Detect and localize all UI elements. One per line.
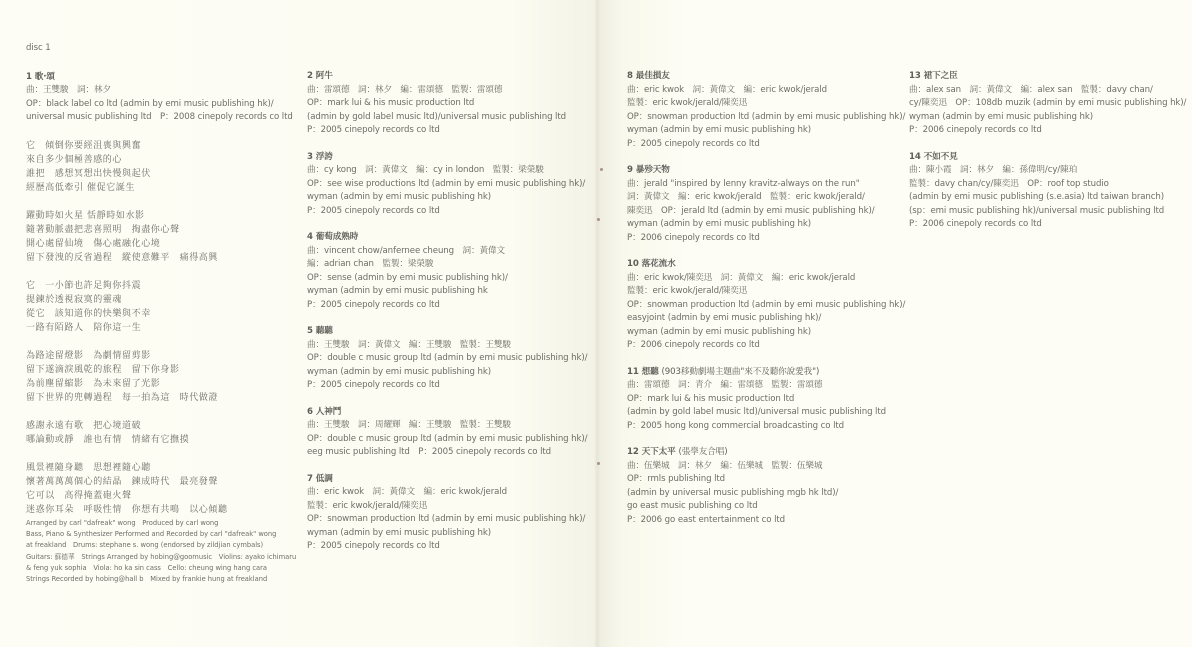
credit-line: P：2005 cinepoly records co ltd: [307, 299, 567, 313]
column-2: 2 阿牛 曲：雷頌德 詞：林夕 編：雷頌德 監製：雷頌德 OP：mark lui…: [307, 70, 567, 567]
paper-speck: [600, 168, 603, 171]
lyric-line: 留下遂滴淚風乾的旅程 留下你身影: [26, 363, 296, 377]
track-10: 10 落花流水 曲：eric kwok/陳奕迅 詞：黃偉文 編：eric kwo…: [627, 258, 892, 353]
lyric-line: 懷著萬萬萬個心的結晶 鍊成時代 最亮發聲: [26, 475, 296, 489]
credit-line: 曲：eric kwok/陳奕迅 詞：黃偉文 編：eric kwok/jerald: [627, 272, 892, 286]
credit-line: 監製：eric kwok/jerald/陳奕迅: [627, 97, 892, 111]
paper-speck: [597, 218, 600, 221]
credit-line: OP：double c music group ltd (admin by em…: [307, 433, 567, 447]
track-title: 7 低調: [307, 473, 567, 487]
credit-line: 曲：陳小霞 詞：林夕 編：孫偉明/cy/陳珀: [909, 164, 1184, 178]
credit-line: cy/陳奕迅 OP：108db muzik (admin by emi musi…: [909, 97, 1184, 111]
credit-line: 曲：伍樂城 詞：林夕 編：伍樂城 監製：伍樂城: [627, 460, 892, 474]
credit-line: P：2005 cinepoly records co ltd: [307, 205, 567, 219]
track-12: 12 天下太平 (張學友合唱) 曲：伍樂城 詞：林夕 編：伍樂城 監製：伍樂城 …: [627, 446, 892, 527]
credit-line: 曲：eric kwok 詞：黃偉文 編：eric kwok/jerald: [307, 486, 567, 500]
track-5: 5 聽聽 曲：王雙駿 詞：黃偉文 編：王雙駿 監製：王雙駿 OP：double …: [307, 325, 567, 393]
lyrics-stanza: 它 傾倒你要經沮喪與興奮 來自多少個極善感的心 誰把 感想冥想出快慢與起伏 經歷…: [26, 139, 296, 195]
track-title: 10 落花流水: [627, 258, 892, 272]
credit-line: OP：sense (admin by emi music publishing …: [307, 272, 567, 286]
credit-line: (admin by emi music publishing (s.e.asia…: [909, 191, 1184, 205]
credits-line: Strings Recorded by hobing@hall b Mixed …: [26, 574, 301, 585]
track-1: 1 歌·頌 曲：王雙駿 詞：林夕 OP：black label co ltd (…: [26, 71, 296, 517]
credit-line: P：2006 cinepoly records co ltd: [909, 218, 1184, 232]
column-3: 8 最佳損友 曲：eric kwok 詞：黃偉文 編：eric kwok/jer…: [627, 70, 892, 540]
track-title: 11 想聽 (903移動劇場主題曲"來不及聽你說愛我"): [627, 366, 892, 380]
credit-line: 曲：vincent chow/anfernee cheung 詞：黃偉文: [307, 245, 567, 259]
lyric-line: 隨著動脈盡把悲喜照明 掏盡你心聲: [26, 223, 296, 237]
track-13: 13 裙下之臣 曲：alex san 詞：黃偉文 編：alex san 監製：d…: [909, 70, 1184, 138]
credit-line: 陳奕迅 OP：jerald ltd (admin by emi music pu…: [627, 205, 892, 219]
lyric-line: 留下發洩的反省過程 縱使意難平 痛得高興: [26, 251, 296, 265]
credits-line: Arranged by carl "dafreak" wong Produced…: [26, 518, 301, 529]
lyric-line: 它可以 高得掩蓋砲火聲: [26, 489, 296, 503]
credit-line: OP：mark lui & his music production ltd: [307, 97, 567, 111]
credit-line: (admin by gold label music ltd)/universa…: [307, 111, 567, 125]
credit-line: OP：black label co ltd (admin by emi musi…: [26, 98, 296, 112]
credit-line: OP：snowman production ltd (admin by emi …: [627, 299, 892, 313]
credit-line: (sp：emi music publishing hk)/universal m…: [909, 205, 1184, 219]
lyrics-stanza: 風景裡隨身聽 思想裡隨心聽 懷著萬萬萬個心的結晶 鍊成時代 最亮發聲 它可以 高…: [26, 461, 296, 517]
credit-line: wyman (admin by emi music publishing hk): [627, 124, 892, 138]
credit-line: wyman (admin by emi music publishing hk): [627, 326, 892, 340]
credit-line: 曲：王雙駿 詞：林夕: [26, 84, 296, 98]
track-3: 3 浮誇 曲：cy kong 詞：黃偉文 編：cy in london 監製：梁…: [307, 151, 567, 219]
credit-line: eeg music publishing ltd P：2005 cinepoly…: [307, 446, 567, 460]
lyrics-stanza: 躍動時如火星 恬靜時如水影 隨著動脈盡把悲喜照明 掏盡你心聲 開心處留仙境 傷心…: [26, 209, 296, 265]
lyric-line: 誰把 感想冥想出快慢與起伏: [26, 167, 296, 181]
column-4: 13 裙下之臣 曲：alex san 詞：黃偉文 編：alex san 監製：d…: [909, 70, 1184, 245]
credits-line: Guitars: 蘇德華 Strings Arranged by hobing@…: [26, 552, 301, 563]
credit-line: wyman (admin by emi music publishing hk): [627, 218, 892, 232]
lyrics-stanza: 感謝永遠有歌 把心境道破 哪論動或靜 誰也有情 情緒有它撫摸: [26, 419, 296, 447]
credit-line: 曲：王雙駿 詞：黃偉文 編：王雙駿 監製：王雙駿: [307, 339, 567, 353]
credit-line: 曲：jerald "inspired by lenny kravitz-alwa…: [627, 178, 892, 192]
track-note: (903移動劇場主題曲"來不及聽你說愛我"): [662, 367, 820, 377]
track-title-text: 11 想聽: [627, 367, 659, 377]
track-6: 6 人神鬥 曲：王雙駿 詞：周耀輝 編：王雙駿 監製：王雙駿 OP：double…: [307, 406, 567, 460]
credit-line: (admin by universal music publishing mgb…: [627, 487, 892, 501]
lyric-line: 從它 該知道你的快樂與不幸: [26, 307, 296, 321]
credit-line: universal music publishing ltd P：2008 ci…: [26, 111, 296, 125]
credit-line: go east music publishing co ltd: [627, 500, 892, 514]
credit-line: wyman (admin by emi music publishing hk): [307, 366, 567, 380]
credit-line: 曲：雷頌德 詞：林夕 編：雷頌德 監製：雷頌德: [307, 84, 567, 98]
credit-line: P：2005 cinepoly records co ltd: [627, 138, 892, 152]
credit-line: P：2006 cinepoly records co ltd: [627, 232, 892, 246]
track-title: 2 阿牛: [307, 70, 567, 84]
track-title: 9 暴殄天物: [627, 164, 892, 178]
credit-line: P：2006 cinepoly records co ltd: [627, 339, 892, 353]
credit-line: OP：rmls publishing ltd: [627, 473, 892, 487]
track-title: 1 歌·頌: [26, 71, 296, 85]
credit-line: OP：double c music group ltd (admin by em…: [307, 352, 567, 366]
credit-line: (admin by gold label music ltd)/universa…: [627, 406, 892, 420]
track-title: 3 浮誇: [307, 151, 567, 165]
lyric-line: 開心處留仙境 傷心處融化心境: [26, 237, 296, 251]
lyric-line: 為路途留燈影 為劇情留剪影: [26, 349, 296, 363]
credits-line: & feng yuk sophia Viola: ho ka sin cass …: [26, 563, 301, 574]
credit-line: wyman (admin by emi music publishing hk: [307, 285, 567, 299]
credit-line: easyjoint (admin by emi music publishing…: [627, 312, 892, 326]
credit-line: P：2005 hong kong commercial broadcasting…: [627, 420, 892, 434]
credit-line: wyman (admin by emi music publishing hk): [307, 527, 567, 541]
track-8: 8 最佳損友 曲：eric kwok 詞：黃偉文 編：eric kwok/jer…: [627, 70, 892, 151]
credit-line: 監製：davy chan/cy/陳奕迅 OP：roof top studio: [909, 178, 1184, 192]
credit-line: wyman (admin by emi music publishing hk): [909, 111, 1184, 125]
credit-line: 監製：eric kwok/jerald/陳奕迅: [307, 500, 567, 514]
track-title: 5 聽聽: [307, 325, 567, 339]
credits-line: at freakland Drums: stephane s. wong (en…: [26, 540, 301, 551]
credit-line: P：2005 cinepoly records co ltd: [307, 379, 567, 393]
track-title: 14 不如不見: [909, 151, 1184, 165]
credit-line: 曲：cy kong 詞：黃偉文 編：cy in london 監製：梁榮駿: [307, 164, 567, 178]
track-title-text: 12 天下太平: [627, 447, 676, 457]
credit-line: OP：snowman production ltd (admin by emi …: [627, 111, 892, 125]
credit-line: P：2006 cinepoly records co ltd: [909, 124, 1184, 138]
lyric-line: 感謝永遠有歌 把心境道破: [26, 419, 296, 433]
lyric-line: 留下世界的兜轉過程 每一拍為這 時代做證: [26, 391, 296, 405]
credit-line: 曲：eric kwok 詞：黃偉文 編：eric kwok/jerald: [627, 84, 892, 98]
credit-line: 曲：王雙駿 詞：周耀輝 編：王雙駿 監製：王雙駿: [307, 419, 567, 433]
credit-line: P：2006 go east entertainment co ltd: [627, 514, 892, 528]
track-title: 12 天下太平 (張學友合唱): [627, 446, 892, 460]
credits-line: Bass, Piano & Synthesizer Performed and …: [26, 529, 301, 540]
credit-line: 曲：alex san 詞：黃偉文 編：alex san 監製：davy chan…: [909, 84, 1184, 98]
track-11: 11 想聽 (903移動劇場主題曲"來不及聽你說愛我") 曲：雷頌德 詞：青介 …: [627, 366, 892, 434]
credit-line: P：2005 cinepoly records co ltd: [307, 540, 567, 554]
credit-line: OP：see wise productions ltd (admin by em…: [307, 178, 567, 192]
track-4: 4 葡萄成熟時 曲：vincent chow/anfernee cheung 詞…: [307, 231, 567, 312]
lyric-line: 迷惑你耳朵 呼吸性情 你想有共鳴 以心傾聽: [26, 503, 296, 517]
production-credits: Arranged by carl "dafreak" wong Produced…: [26, 518, 301, 585]
credit-line: P：2005 cinepoly records co ltd: [307, 124, 567, 138]
lyrics-stanza: 為路途留燈影 為劇情留剪影 留下遂滴淚風乾的旅程 留下你身影 為前塵留縮影 為未…: [26, 349, 296, 405]
disc-label: disc 1: [26, 42, 296, 56]
track-title: 4 葡萄成熟時: [307, 231, 567, 245]
credit-line: wyman (admin by emi music publishing hk): [307, 191, 567, 205]
credit-line: 詞：黃偉文 編：eric kwok/jerald 監製：eric kwok/je…: [627, 191, 892, 205]
lyric-line: 哪論動或靜 誰也有情 情緒有它撫摸: [26, 433, 296, 447]
track-14: 14 不如不見 曲：陳小霞 詞：林夕 編：孫偉明/cy/陳珀 監製：davy c…: [909, 151, 1184, 232]
credit-line: OP：snowman production ltd (admin by emi …: [307, 513, 567, 527]
paper-speck: [597, 462, 600, 465]
lyric-line: 為前塵留縮影 為未來留了光影: [26, 377, 296, 391]
lyric-line: 它 一小節也許足夠你抖震: [26, 279, 296, 293]
lyric-line: 來自多少個極善感的心: [26, 153, 296, 167]
credit-line: 曲：雷頌德 詞：青介 編：雷頌德 監製：雷頌德: [627, 379, 892, 393]
track-title: 13 裙下之臣: [909, 70, 1184, 84]
track-title: 6 人神鬥: [307, 406, 567, 420]
track-7: 7 低調 曲：eric kwok 詞：黃偉文 編：eric kwok/jeral…: [307, 473, 567, 554]
track-note: (張學友合唱): [679, 447, 728, 457]
lyrics-stanza: 它 一小節也許足夠你抖震 提鍊於透視寂寞的靈魂 從它 該知道你的快樂與不幸 一路…: [26, 279, 296, 335]
lyric-line: 一路有陌路人 陪你這一生: [26, 321, 296, 335]
credit-line: OP：mark lui & his music production ltd: [627, 393, 892, 407]
lyric-line: 提鍊於透視寂寞的靈魂: [26, 293, 296, 307]
credit-line: 編：adrian chan 監製：梁榮駿: [307, 258, 567, 272]
booklet-fold: [594, 0, 600, 647]
credit-line: 監製：eric kwok/jerald/陳奕迅: [627, 285, 892, 299]
lyric-line: 躍動時如火星 恬靜時如水影: [26, 209, 296, 223]
track-2: 2 阿牛 曲：雷頌德 詞：林夕 編：雷頌德 監製：雷頌德 OP：mark lui…: [307, 70, 567, 138]
lyric-line: 經歷高低牽引 催促它誕生: [26, 181, 296, 195]
track-title: 8 最佳損友: [627, 70, 892, 84]
column-1: disc 1 1 歌·頌 曲：王雙駿 詞：林夕 OP：black label c…: [26, 42, 296, 530]
lyric-line: 它 傾倒你要經沮喪與興奮: [26, 139, 296, 153]
lyric-line: 風景裡隨身聽 思想裡隨心聽: [26, 461, 296, 475]
track-9: 9 暴殄天物 曲：jerald "inspired by lenny kravi…: [627, 164, 892, 245]
